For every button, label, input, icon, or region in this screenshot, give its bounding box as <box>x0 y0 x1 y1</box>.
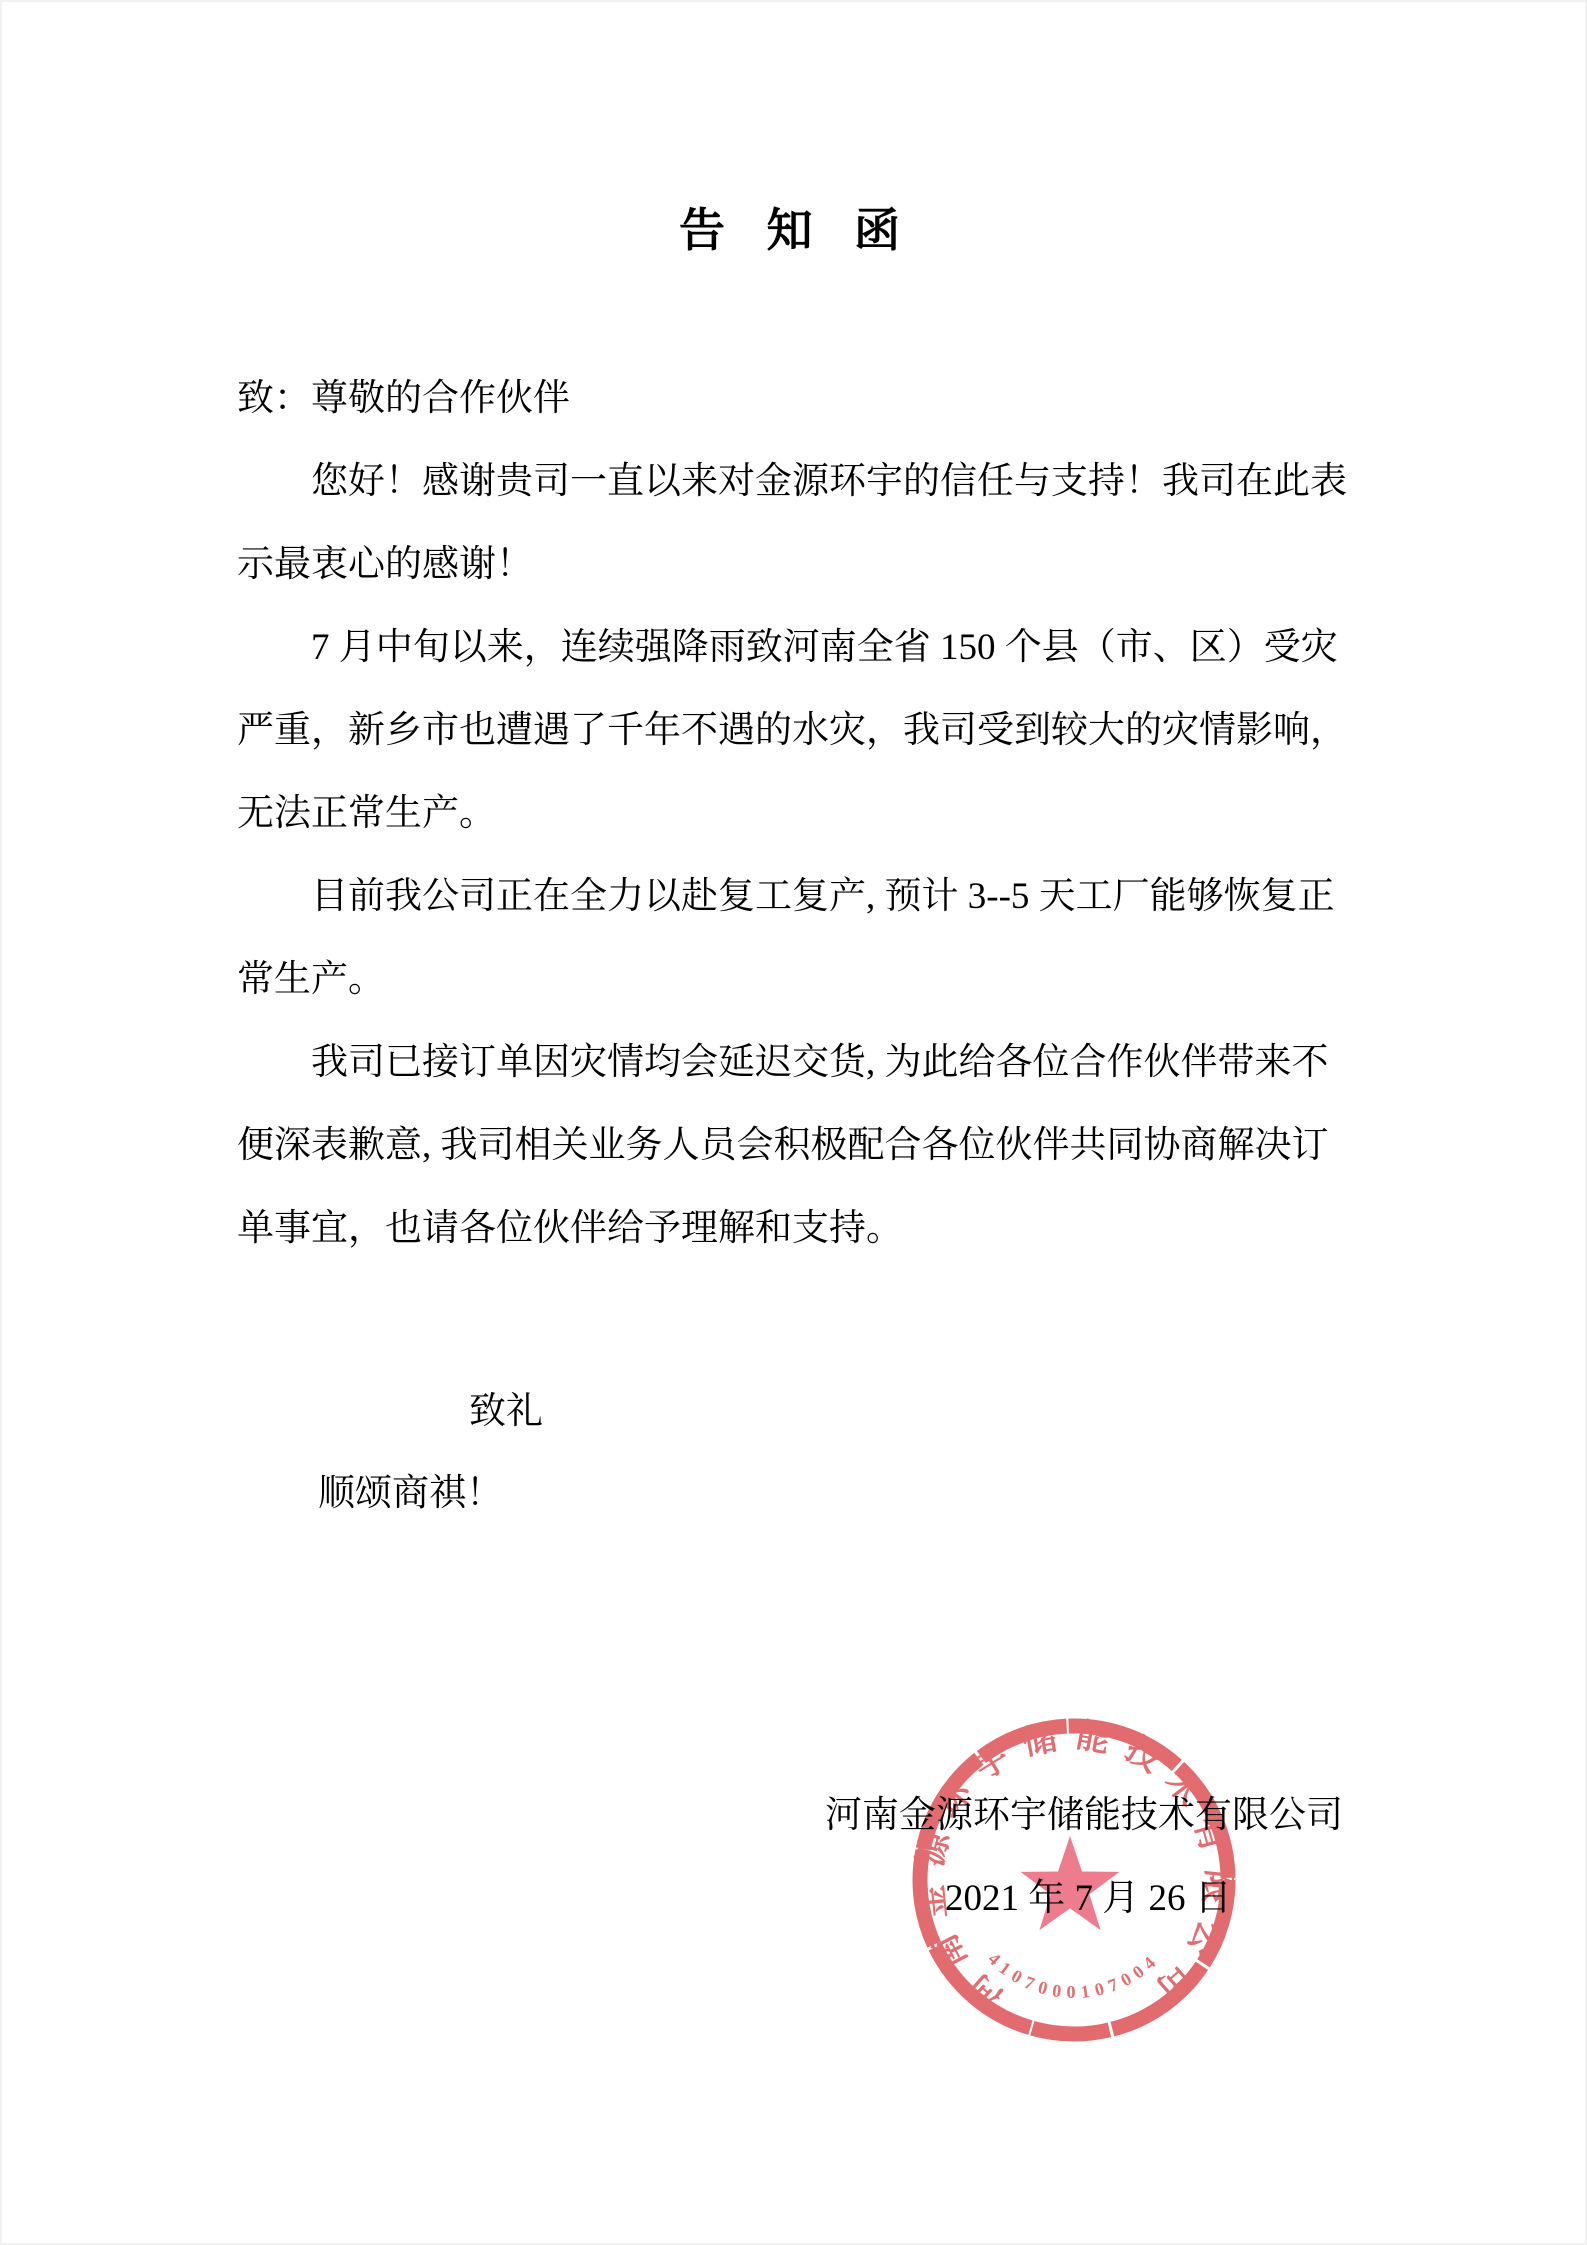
body-line: 7 月中旬以来，连续强降雨致河南全省 150 个县（市、区）受灾 <box>237 606 1377 689</box>
body-lines: 致：尊敬的合作伙伴您好！感谢贵司一直以来对金源环宇的信任与支持！我司在此表示最衷… <box>237 357 1377 1270</box>
body-line: 便深表歉意, 我司相关业务人员会积极配合各位伙伴共同协商解决订 <box>237 1104 1377 1187</box>
body-line: 我司已接订单因灾情均会延迟交货, 为此给各位合作伙伴带来不 <box>237 1021 1377 1104</box>
signature-company-name: 河南金源环宇储能技术有限公司 <box>825 1796 1343 1837</box>
closing-wish: 顺颂商祺！ <box>318 1474 503 1515</box>
body-line: 您好！感谢贵司一直以来对金源环宇的信任与支持！我司在此表 <box>237 440 1377 523</box>
body-line: 致：尊敬的合作伙伴 <box>237 357 1377 440</box>
body-line: 示最衷心的感谢！ <box>237 523 1377 606</box>
document-title: 告 知 函 <box>0 208 1587 254</box>
notice-letter-page: 告 知 函 致：尊敬的合作伙伴您好！感谢贵司一直以来对金源环宇的信任与支持！我司… <box>0 0 1587 2245</box>
seal-serial-number: 4107000107004 <box>984 1949 1164 2002</box>
closing-regards: 致礼 <box>469 1392 543 1433</box>
body-line: 单事宜，也请各位伙伴给予理解和支持。 <box>237 1187 1377 1270</box>
body-line: 无法正常生产。 <box>237 772 1377 855</box>
body-line: 严重，新乡市也遭遇了千年不遇的水灾，我司受到较大的灾情影响， <box>237 689 1377 772</box>
body-line: 常生产。 <box>237 938 1377 1021</box>
signature-date: 2021 年 7 月 26 日 <box>945 1879 1232 1920</box>
body-line: 目前我公司正在全力以赴复工复产, 预计 3--5 天工厂能够恢复正 <box>237 855 1377 938</box>
